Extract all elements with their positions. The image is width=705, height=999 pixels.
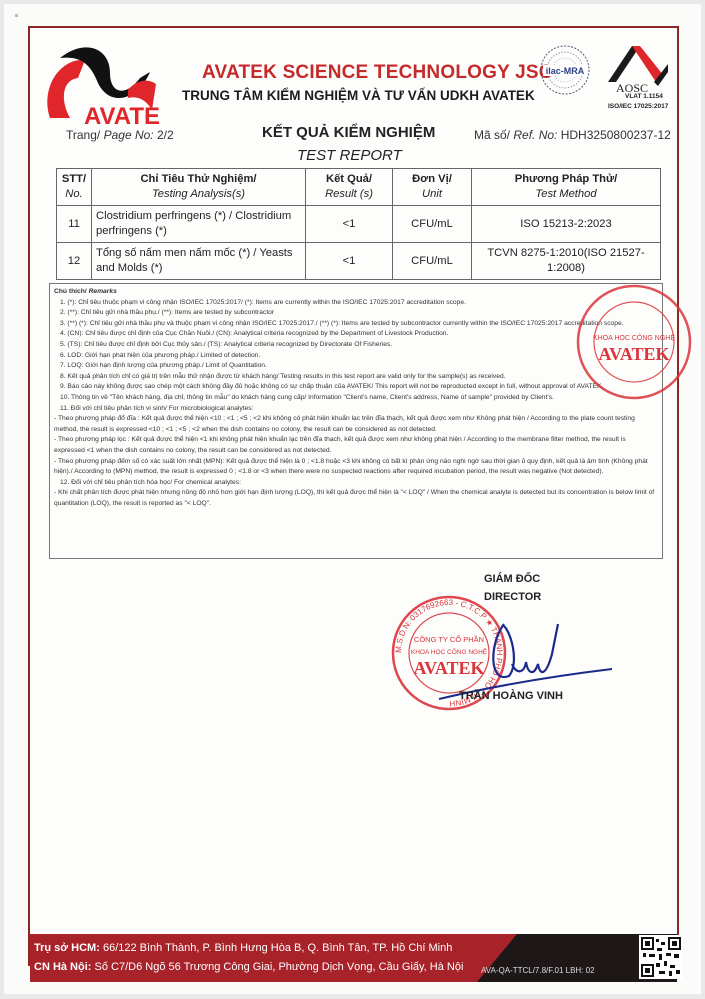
form-code: AVA-QA-TTCL/7.8/F.01 LBH: 02 [481,966,595,975]
remark-line: 5. (TS): Chỉ tiêu được chỉ định bởi Cục … [54,340,658,351]
cell-no: 12 [57,243,92,280]
document-page: AVATEK AVATEK SCIENCE TECHNOLOGY JSC TRU… [4,4,701,994]
table-header-row: STT/No. Chỉ Tiêu Thử Nghiệm/Testing Anal… [57,169,661,206]
cell-result: <1 [306,206,393,243]
cell-analysis: Clostridium perfringens (*) / Clostridiu… [92,206,306,243]
company-name: AVATEK SCIENCE TECHNOLOGY JSC [202,62,553,84]
remark-line: - Theo phương pháp đếm số có xác suất lớ… [54,457,658,478]
cell-unit: CFU/mL [393,243,472,280]
ilac-mra-logo-icon: ilac-MRA [539,42,591,98]
svg-text:AVATEK: AVATEK [598,344,669,364]
remark-line: 8. Kết quả phân tích chỉ có giá trị trên… [54,372,658,383]
report-title-en: TEST REPORT [297,147,402,164]
remark-line: 4. (CN): Chỉ tiêu được chỉ định của Cục … [54,329,658,340]
header-no: STT/No. [57,169,92,206]
cell-method: TCVN 8275-1:2010(ISO 21527-1:2008) [472,243,661,280]
remark-line: - Theo phương pháp lọc : Kết quả được th… [54,435,658,456]
remark-line: 10. Thông tin về "Tên khách hàng, địa ch… [54,393,658,404]
table-row: 12 Tổng số nấm men nấm mốc (*) / Yeasts … [57,243,661,280]
remark-line: - Khi chất phân tích được phát hiện nhưn… [54,488,658,509]
remark-line: 3. (**) (*): Chỉ tiêu gửi nhà thầu phụ v… [54,319,658,330]
qr-code-icon [639,935,683,979]
signer-name: TRẦN HOÀNG VINH [459,690,563,702]
report-title-vn: KẾT QUẢ KIỂM NGHIỆM [262,124,435,141]
reference-number: Mã số/ Ref. No: HDH3250800237-12 [474,128,671,142]
remark-line: 7. LOQ: Giới hạn định lượng của phương p… [54,361,658,372]
remark-line: 9. Báo cáo này không được sao chép một c… [54,382,658,393]
cell-unit: CFU/mL [393,206,472,243]
hanoi-address: CN Hà Nội: Số C7/D6 Ngõ 56 Trương Công G… [34,961,463,973]
svg-text:KHOA HỌC CÔNG NGHỆ: KHOA HỌC CÔNG NGHỆ [593,333,675,342]
cell-result: <1 [306,243,393,280]
center-name: TRUNG TÂM KIỂM NGHIỆM VÀ TƯ VẤN UDKH AVA… [182,88,535,103]
header-analysis: Chỉ Tiêu Thử Nghiệm/Testing Analysis(s) [92,169,306,206]
signer-title-vn: GIÁM ĐỐC [484,573,540,585]
aosc-logo-icon: AOSC [604,42,668,96]
remark-line: 2. (**): Chỉ tiêu gửi nhà thầu phụ./ (**… [54,308,658,319]
cell-analysis: Tổng số nấm men nấm mốc (*) / Yeasts and… [92,243,306,280]
avatek-logo-icon: AVATEK [40,38,160,128]
table-row: 11 Clostridium perfringens (*) / Clostri… [57,206,661,243]
svg-text:ilac-MRA: ilac-MRA [546,66,585,76]
scan-dot [15,14,18,17]
svg-text:AVATEK: AVATEK [84,103,160,128]
header-unit: Đơn Vị/Unit [393,169,472,206]
results-table: STT/No. Chỉ Tiêu Thử Nghiệm/Testing Anal… [56,168,661,280]
remark-line: 12. Đối với chỉ tiêu phân tích hóa học/ … [54,478,658,489]
vlat-number: VLAT 1.1154 [625,93,663,100]
iso-standard: ISO/IEC 17025:2017 [608,103,668,110]
hcm-address: Trụ sở HCM: 66/122 Bình Thành, P. Bình H… [34,942,452,954]
company-stamp-partial-icon: KHOA HỌC CÔNG NGHỆ AVATEK [574,282,694,402]
remark-line: 1. (*): Chỉ tiêu thuộc phạm vi công nhận… [54,298,658,309]
cell-no: 11 [57,206,92,243]
header-method: Phương Pháp Thử/Test Method [472,169,661,206]
cell-method: ISO 15213-2:2023 [472,206,661,243]
remarks-title: Chú thích/ Remarks [54,287,658,298]
signature-icon [434,604,614,704]
header-result: Kết Quả/Result (s) [306,169,393,206]
remark-line: 6. LOD: Giới hạn phát hiện của phương ph… [54,351,658,362]
page-number: Trang/ Page No: 2/2 [66,128,174,142]
remark-line: 11. Đối với chỉ tiêu phân tích vi sinh/ … [54,404,658,415]
remark-line: - Theo phương pháp đổ đĩa : Kết quả được… [54,414,658,435]
remarks-box: Chú thích/ Remarks 1. (*): Chỉ tiêu thuộ… [49,283,663,559]
